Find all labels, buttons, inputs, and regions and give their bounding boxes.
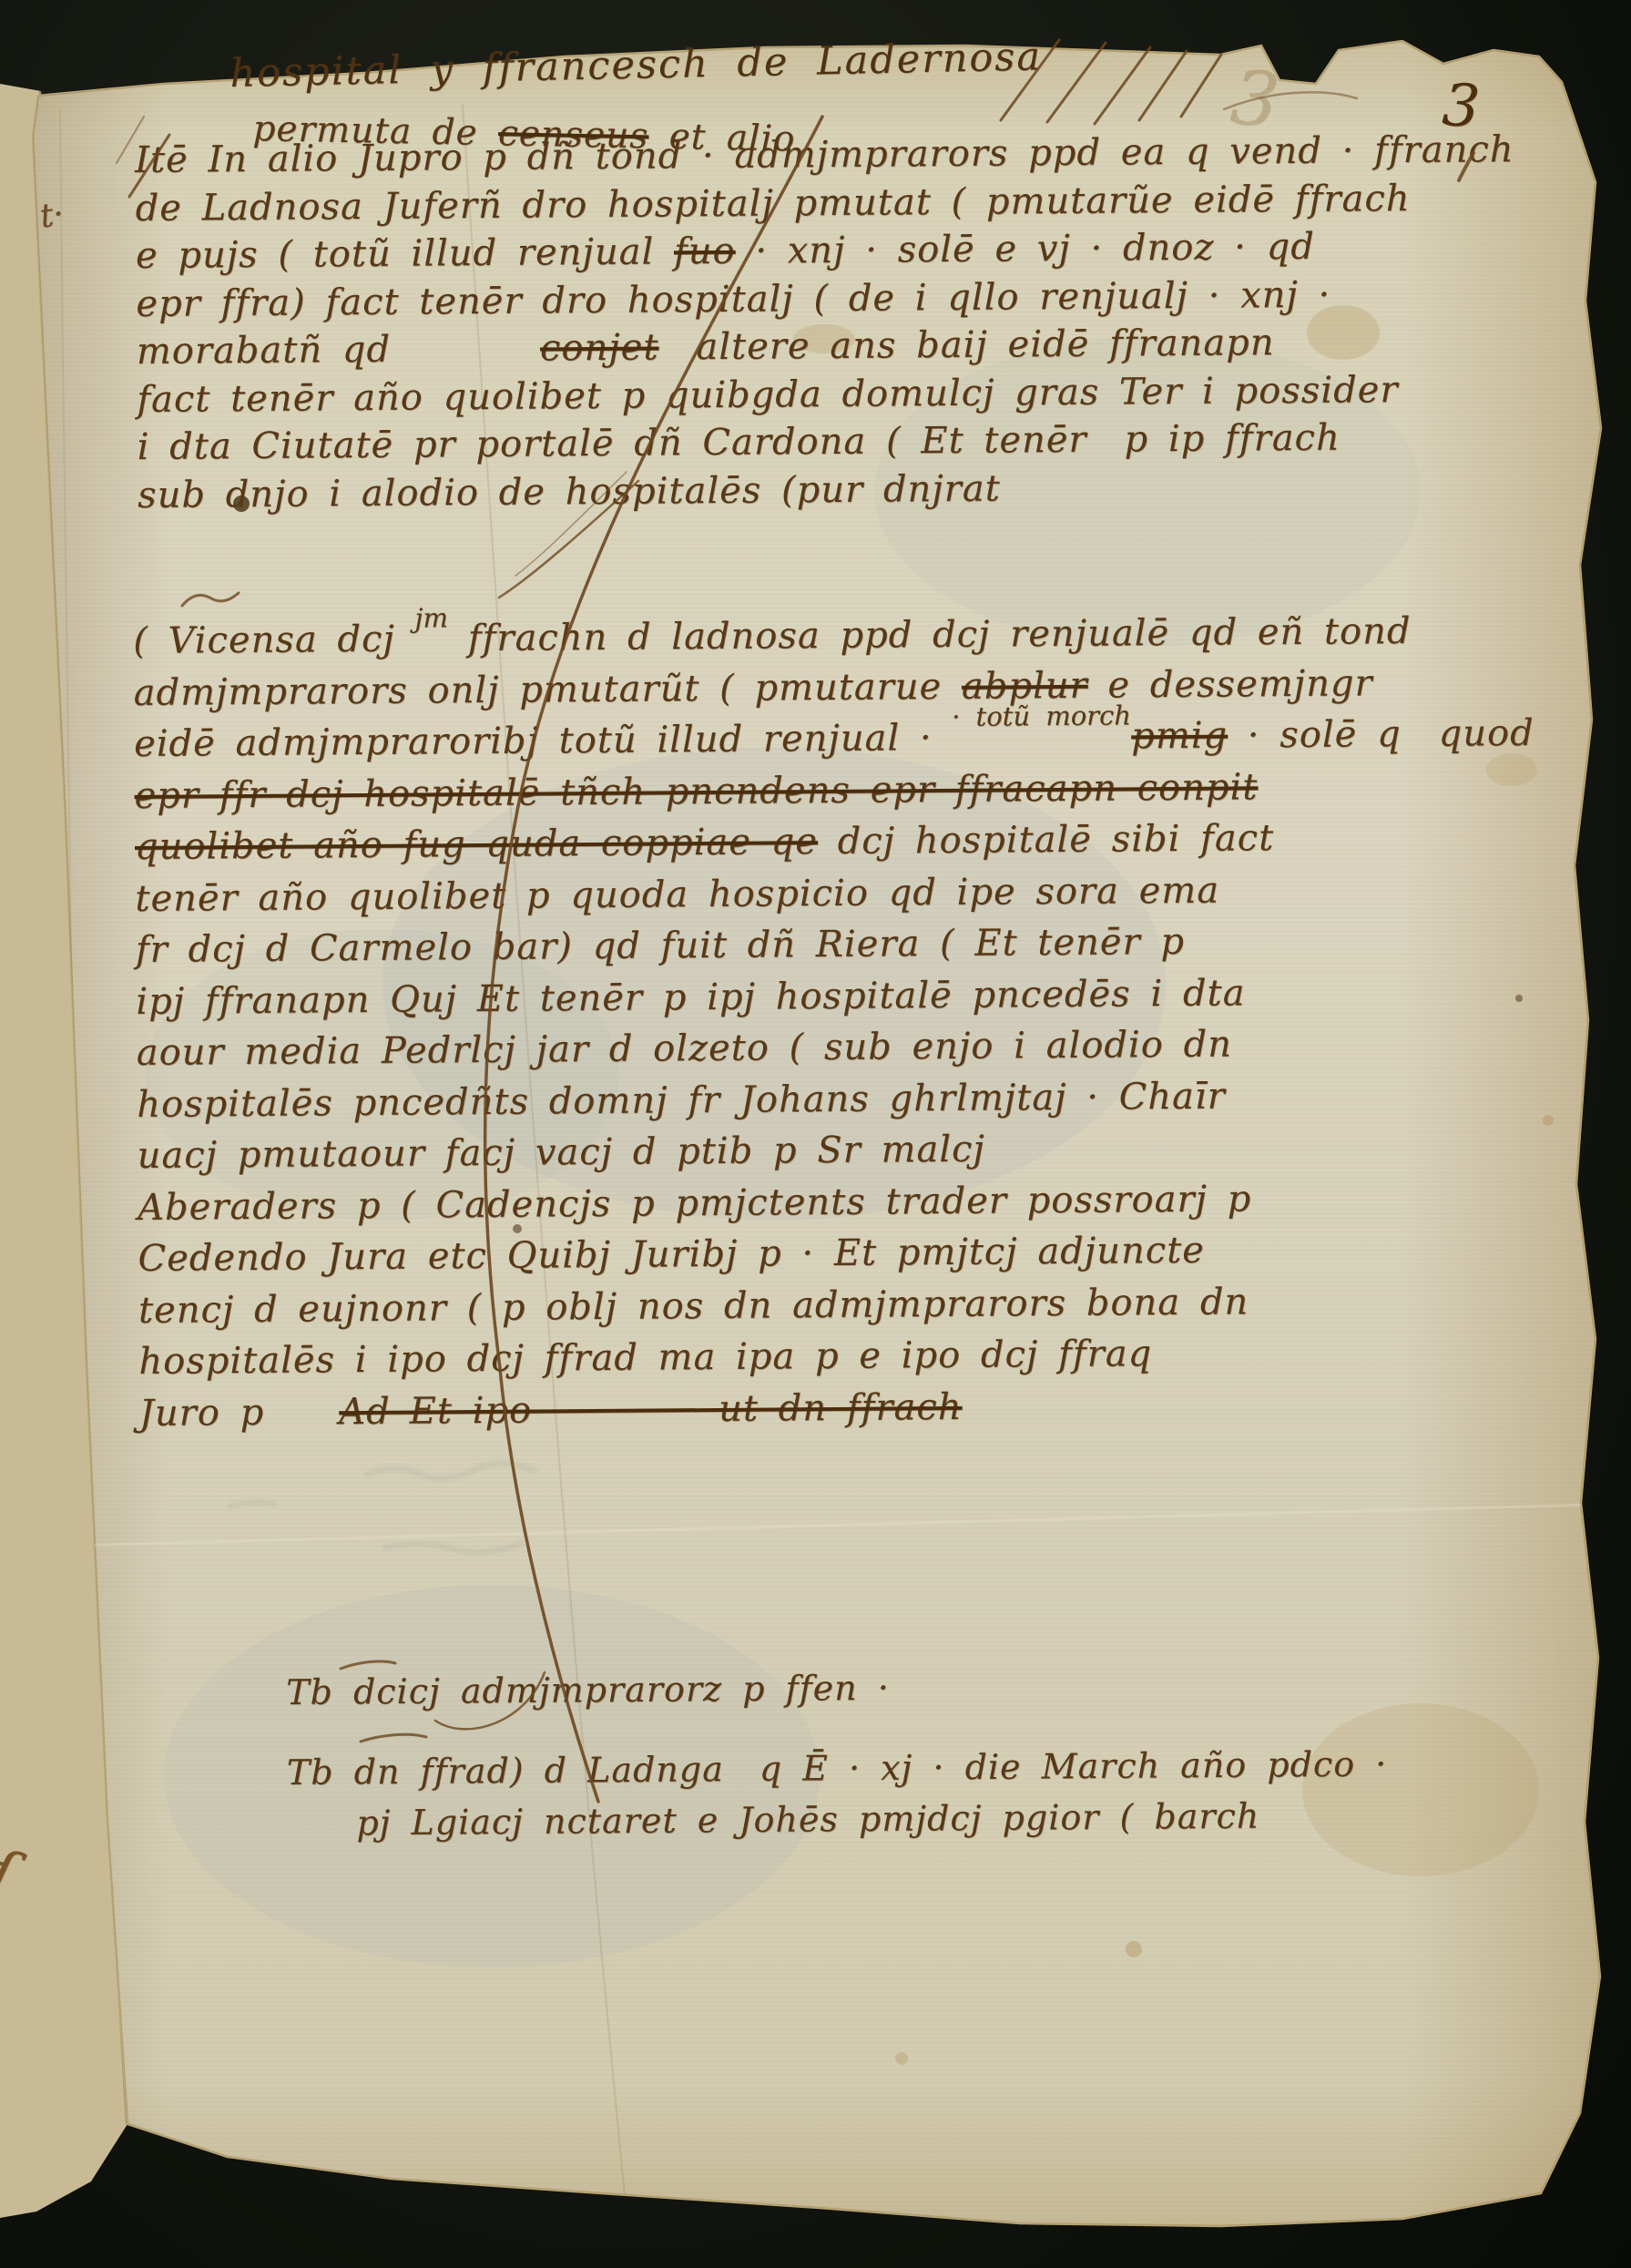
text-segment-struck: epr ffr dcj hospitalē tñch pncndens epr … bbox=[134, 766, 1258, 817]
text-segment-struck: fuo bbox=[674, 230, 736, 273]
text-segment-struck: Ad Et ipo ut dn ffrach bbox=[339, 1385, 963, 1432]
text-segment: Tb dcicj admjmprarorz p ffen · bbox=[286, 1668, 890, 1712]
text-segment: pj Lgiacj nctaret e Johēs pmjdcj pgior (… bbox=[356, 1796, 1259, 1844]
margin-mark: t· bbox=[37, 195, 66, 235]
text-segment: admjmprarors onlj pmutarũt ( pmutarue bbox=[133, 665, 962, 713]
bottom-edge-mark: ſ bbox=[0, 1836, 21, 1910]
text-segment: ipj ffranapn Quj Et tenēr p ipj hospital… bbox=[136, 972, 1245, 1023]
paragraph-second-entry: ( Vicensa dcj jm ffrachn d ladnosa ppd d… bbox=[133, 605, 1540, 1439]
text-segment: · solē q quod bbox=[1228, 712, 1534, 757]
text-segment-struck: quolibet año fug quda coppiae qe bbox=[135, 821, 818, 868]
text-segment: hospitalēs pncedñts domnj fr Johans ghrl… bbox=[137, 1075, 1226, 1125]
text-line: Juro p Ad Et ipo ut dn ffrach bbox=[139, 1376, 1540, 1439]
notarial-notes: Tb dcicj admjmprarorz p ffen ·Tb dn ffra… bbox=[286, 1659, 1388, 1849]
text-line: sub dnjo i alodio de hospitalēs (pur dnj… bbox=[138, 461, 1517, 519]
text-segment: Aberaders p ( Cadencjs p pmjctents trade… bbox=[138, 1178, 1252, 1229]
text-segment: e pujs ( totũ illud renjual bbox=[136, 230, 674, 277]
manuscript-text-layer: hospital y ffrancesch de Ladernosa permu… bbox=[0, 0, 1631, 2268]
text-segment: · xnj · solē e vj · dnoz · qd bbox=[735, 226, 1315, 272]
text-segment: Itē In alio Jupro p dñ tond · admjmpraro… bbox=[135, 128, 1514, 181]
header-title: hospital y ffrancesch de Ladernosa bbox=[229, 34, 1042, 97]
text-segment: tencj d eujnonr ( p oblj nos dn admjmpra… bbox=[138, 1281, 1249, 1332]
manuscript-photo: hospital y ffrancesch de Ladernosa permu… bbox=[0, 0, 1631, 2268]
text-line: eidē admjmpraroribj totũ illud renjual ·… bbox=[134, 708, 1534, 771]
text-segment: ffrachn d ladnosa ppd dcj renjualē qd eñ… bbox=[448, 610, 1412, 659]
text-segment: aour media Pedrlcj jar d olzeto ( sub en… bbox=[137, 1024, 1232, 1074]
text-segment: dcj hospitalē sibi fact bbox=[818, 817, 1275, 863]
text-segment: fact tenēr año quolibet p quibgda domulc… bbox=[137, 369, 1399, 421]
text-segment-sup: jm bbox=[414, 592, 448, 644]
text-segment-sup: · totũ morch bbox=[952, 690, 1131, 742]
text-segment: uacj pmutaour facj vacj d ptib p Sr malc… bbox=[137, 1129, 985, 1177]
text-segment: sub dnjo i alodio de hospitalēs (pur dnj… bbox=[138, 467, 1001, 516]
text-segment: i dta Ciutatē pr portalē dñ Cardona ( Et… bbox=[137, 417, 1340, 468]
text-segment-struck: conjet bbox=[540, 326, 659, 369]
paragraph-first-entry: Itē In alio Jupro p dñ tond · admjmpraro… bbox=[135, 126, 1517, 519]
text-segment: de Ladnosa Juferñ dro hospitalj pmutat (… bbox=[135, 178, 1410, 230]
text-line: Tb dn ffrad) d Ladnga q Ē · xj · die Mar… bbox=[287, 1739, 1388, 1798]
text-segment-struck: pmig bbox=[1131, 715, 1228, 758]
text-segment: ( Vicensa dcj bbox=[133, 618, 415, 662]
text-segment: Juro p bbox=[139, 1391, 340, 1435]
text-segment: epr ffra) fact tenēr dro hospitalj ( de … bbox=[136, 273, 1330, 324]
text-segment: tenēr año quolibet p quoda hospicio qd i… bbox=[135, 869, 1219, 919]
text-segment: hospitalēs i ipo dcj ffrad ma ipa p e ip… bbox=[138, 1333, 1152, 1383]
text-line: pj Lgiacj nctaret e Johēs pmjdcj pgior (… bbox=[356, 1790, 1388, 1849]
text-segment: Tb dn ffrad) d Ladnga q Ē · xj · die Mar… bbox=[287, 1744, 1388, 1793]
text-segment: altere ans baij eidē ffranapn bbox=[658, 322, 1274, 368]
text-segment: morabatñ qd bbox=[137, 328, 541, 373]
text-line: Tb dcicj admjmprarorz p ffen · bbox=[286, 1659, 1387, 1718]
text-segment: fr dcj d Carmelo bar) qd fuit dñ Riera (… bbox=[136, 921, 1185, 971]
text-segment: Cedendo Jura etc Quibj Juribj p · Et pmj… bbox=[138, 1230, 1205, 1280]
text-segment: eidē admjmpraroribj totũ illud renjual · bbox=[134, 717, 953, 765]
